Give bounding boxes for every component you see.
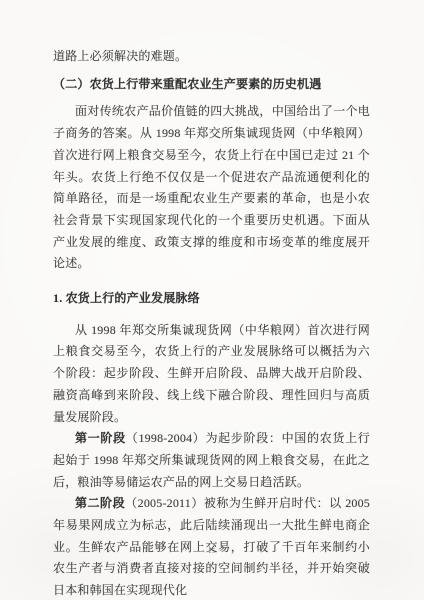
- paragraph-overview: 面对传统农产品价值链的四大挑战，中国给出了一个电子商务的答案。从 1998 年郑…: [53, 101, 370, 275]
- page-number: 15: [0, 547, 424, 555]
- paragraph-six-stages: 从 1998 年郑交所集诚现货网（中华粮网）首次进行网上粮食交易至今，农货上行的…: [53, 320, 370, 429]
- stage-1-lead: 第一阶段: [75, 431, 126, 445]
- document-page: 道路上必须解决的难题。 （二）农货上行带来重配农业生产要素的历史机遇 面对传统农…: [0, 0, 424, 600]
- section-heading: （二）农货上行带来重配农业生产要素的历史机遇: [53, 74, 370, 96]
- paragraph-stage-1: 第一阶段（1998-2004）为起步阶段：中国的农货上行起始于 1998 年郑交…: [53, 428, 370, 493]
- subsection-heading: 1. 农货上行的产业发展脉络: [53, 288, 370, 310]
- stage-2-lead: 第二阶段: [75, 496, 125, 510]
- continuation-line: 道路上必须解决的难题。: [53, 46, 370, 68]
- text-block: 道路上必须解决的难题。 （二）农货上行带来重配农业生产要素的历史机遇 面对传统农…: [53, 46, 370, 600]
